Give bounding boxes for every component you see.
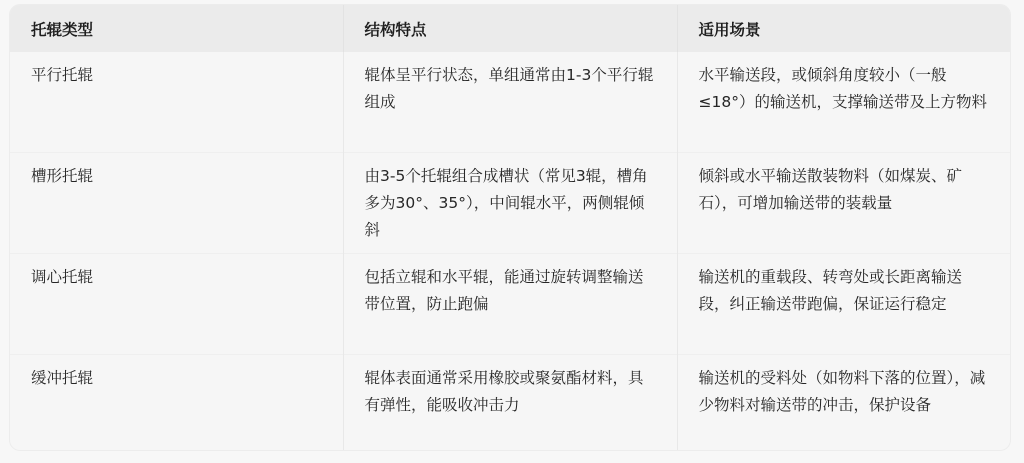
header-idler-type: 托辊类型 <box>10 5 343 52</box>
cell-idler-type: 平行托辊 <box>10 52 343 153</box>
table-header: 托辊类型 结构特点 适用场景 <box>10 5 1010 52</box>
cell-scenario: 输送机的受料处（如物料下落的位置），减少物料对输送带的冲击，保护设备 <box>677 355 1010 451</box>
cell-scenario: 输送机的重载段、转弯处或长距离输送段，纠正输送带跑偏，保证运行稳定 <box>677 254 1010 355</box>
header-row: 托辊类型 结构特点 适用场景 <box>10 5 1010 52</box>
table-row: 调心托辊 包括立辊和水平辊，能通过旋转调整输送带位置，防止跑偏 输送机的重载段、… <box>10 254 1010 355</box>
table-row: 平行托辊 辊体呈平行状态，单组通常由1-3个平行辊组成 水平输送段，或倾斜角度较… <box>10 52 1010 153</box>
cell-structure: 辊体表面通常采用橡胶或聚氨酯材料，具有弹性，能吸收冲击力 <box>343 355 677 451</box>
header-structure: 结构特点 <box>343 5 677 52</box>
cell-structure: 由3-5个托辊组合成槽状（常见3辊，槽角多为30°、35°），中间辊水平，两侧辊… <box>343 153 677 254</box>
cell-scenario: 倾斜或水平输送散装物料（如煤炭、矿石），可增加输送带的装载量 <box>677 153 1010 254</box>
cell-idler-type: 缓冲托辊 <box>10 355 343 451</box>
header-scenario: 适用场景 <box>677 5 1010 52</box>
cell-structure: 辊体呈平行状态，单组通常由1-3个平行辊组成 <box>343 52 677 153</box>
cell-idler-type: 槽形托辊 <box>10 153 343 254</box>
cell-structure: 包括立辊和水平辊，能通过旋转调整输送带位置，防止跑偏 <box>343 254 677 355</box>
cell-scenario: 水平输送段，或倾斜角度较小（一般≤18°）的输送机，支撑输送带及上方物料 <box>677 52 1010 153</box>
idler-comparison-table-card: 托辊类型 结构特点 适用场景 平行托辊 辊体呈平行状态，单组通常由1-3个平行辊… <box>10 5 1010 450</box>
cell-idler-type: 调心托辊 <box>10 254 343 355</box>
idler-comparison-table: 托辊类型 结构特点 适用场景 平行托辊 辊体呈平行状态，单组通常由1-3个平行辊… <box>10 5 1010 450</box>
table-row: 槽形托辊 由3-5个托辊组合成槽状（常见3辊，槽角多为30°、35°），中间辊水… <box>10 153 1010 254</box>
table-row: 缓冲托辊 辊体表面通常采用橡胶或聚氨酯材料，具有弹性，能吸收冲击力 输送机的受料… <box>10 355 1010 451</box>
table-body: 平行托辊 辊体呈平行状态，单组通常由1-3个平行辊组成 水平输送段，或倾斜角度较… <box>10 52 1010 450</box>
